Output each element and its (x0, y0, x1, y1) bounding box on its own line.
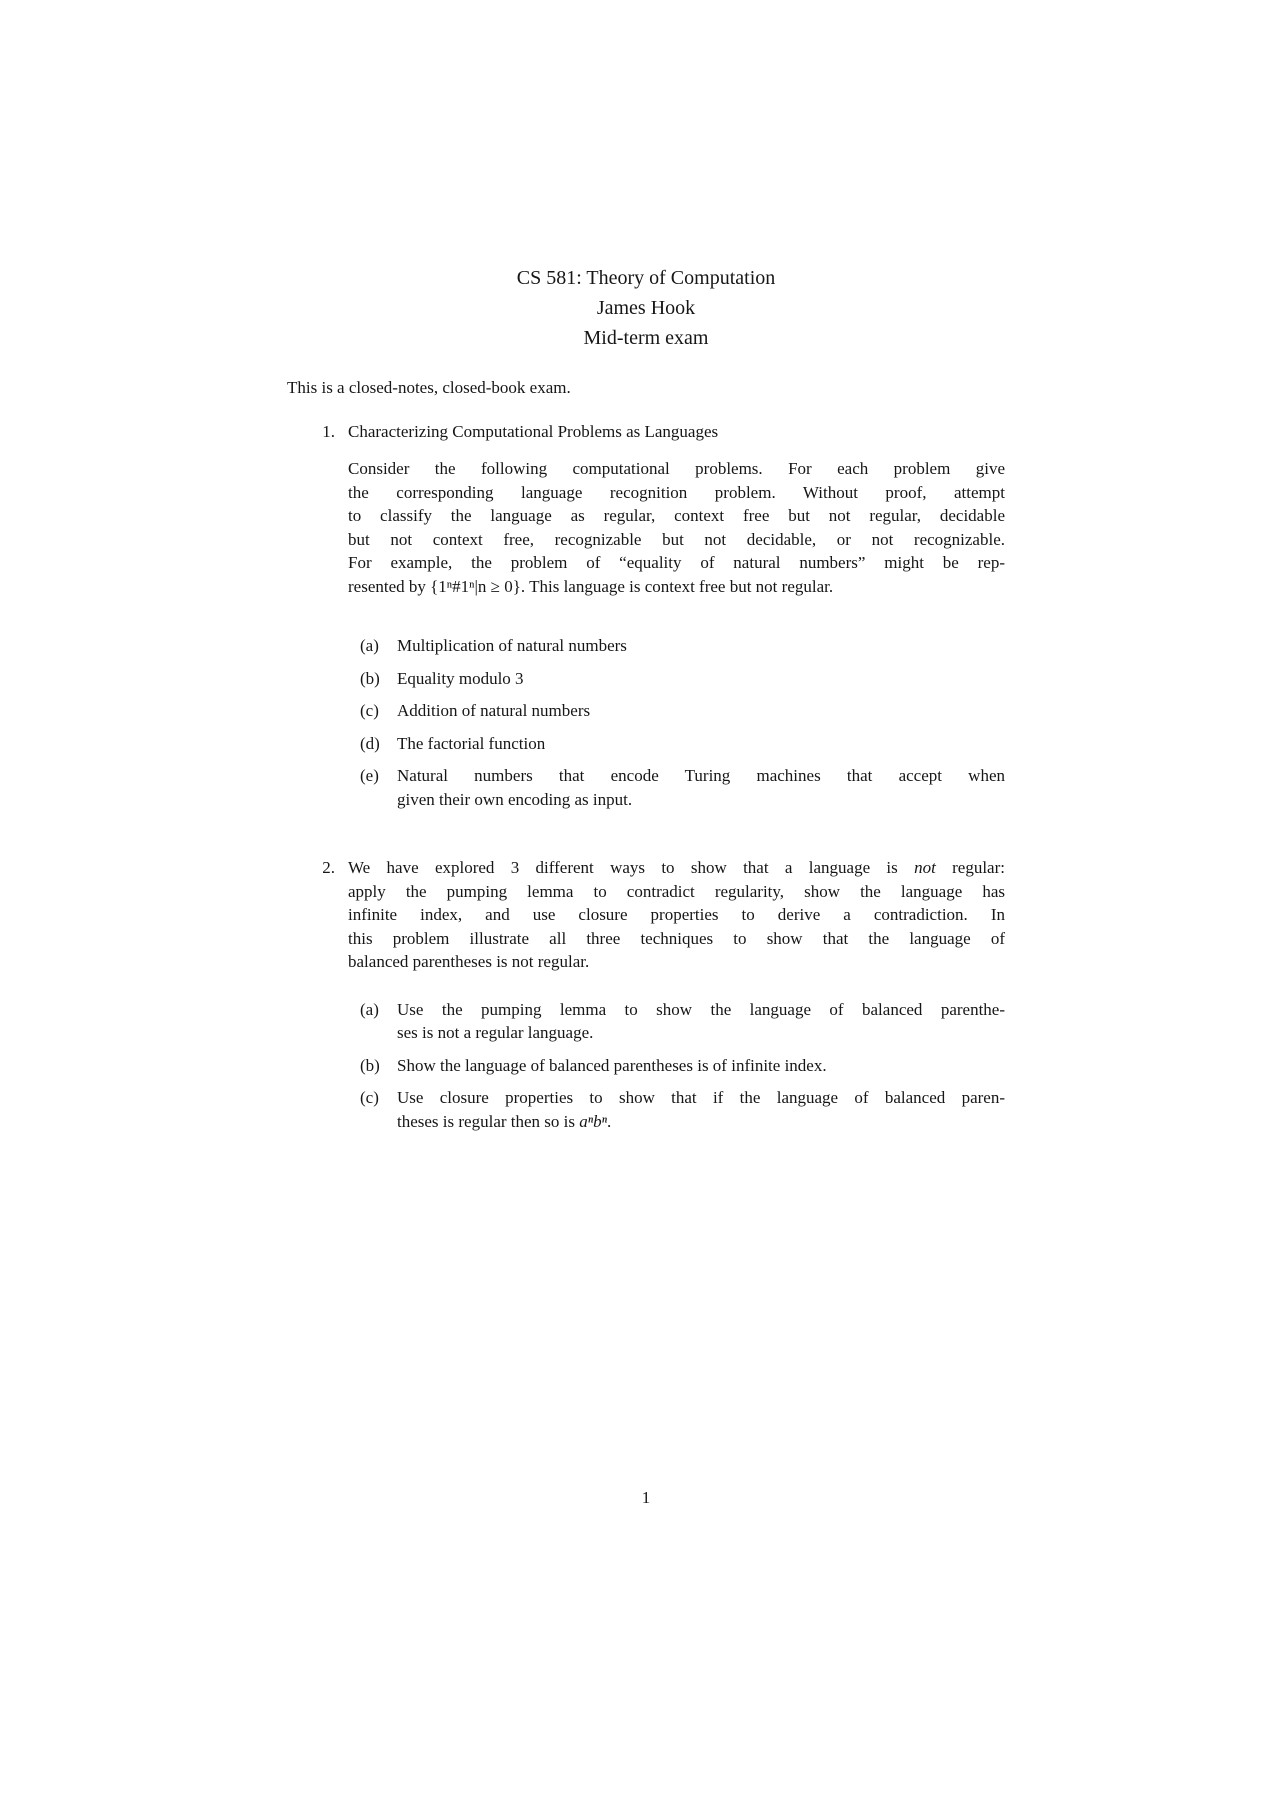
emphasized-word: not (914, 858, 936, 877)
problem-2-paragraph: We have explored 3 different ways to sho… (348, 856, 1005, 974)
subitem-text: Use the pumping lemma to show the langua… (397, 998, 1005, 1045)
text-line: The factorial function (397, 732, 1005, 756)
text-line: apply the pumping lemma to contradict re… (348, 880, 1005, 904)
text-line: Consider the following computational pro… (348, 457, 1005, 481)
text-line: the corresponding language recognition p… (348, 481, 1005, 505)
exam-page: CS 581: Theory of Computation James Hook… (287, 0, 1005, 1142)
subitem-2a: (a) Use the pumping lemma to show the la… (348, 998, 1005, 1045)
subitem-1d: (d) The factorial function (348, 732, 1005, 756)
problem-1-number: 1. (287, 420, 348, 444)
text-line: Natural numbers that encode Turing machi… (397, 764, 1005, 788)
course-title: CS 581: Theory of Computation (287, 263, 1005, 293)
text-line: this problem illustrate all three techni… (348, 927, 1005, 951)
document-title-block: CS 581: Theory of Computation James Hook… (287, 263, 1005, 353)
text-segment: . (607, 1112, 611, 1131)
problem-2: 2. We have explored 3 different ways to … (287, 856, 1005, 1142)
text-line: Equality modulo 3 (397, 667, 1005, 691)
subitem-label: (a) (360, 634, 387, 658)
problem-1-subitems: (a) Multiplication of natural numbers (b… (348, 634, 1005, 811)
text-line: Multiplication of natural numbers (397, 634, 1005, 658)
text-segment: regular: (936, 858, 1005, 877)
problem-1-paragraph: Consider the following computational pro… (348, 457, 1005, 598)
text-line-math: theses is regular then so is aⁿbⁿ. (397, 1110, 1005, 1134)
text-line: For example, the problem of “equality of… (348, 551, 1005, 575)
text-line: Use the pumping lemma to show the langua… (397, 998, 1005, 1022)
subitem-text: Show the language of balanced parenthese… (397, 1054, 1005, 1078)
math-expression: aⁿbⁿ (579, 1112, 607, 1131)
text-line: Show the language of balanced parenthese… (397, 1054, 1005, 1078)
text-line: given their own encoding as input. (397, 788, 1005, 812)
subitem-label: (b) (360, 1054, 387, 1078)
exam-instructions: This is a closed-notes, closed-book exam… (287, 376, 1005, 400)
subitem-2b: (b) Show the language of balanced parent… (348, 1054, 1005, 1078)
text-segment: We have explored 3 different ways to sho… (348, 858, 914, 877)
text-line-math: resented by {1ⁿ#1ⁿ|n ≥ 0}. This language… (348, 575, 1005, 599)
subitem-text: Multiplication of natural numbers (397, 634, 1005, 658)
subitem-label: (b) (360, 667, 387, 691)
problem-2-body: We have explored 3 different ways to sho… (348, 856, 1005, 1142)
text-line: balanced parentheses is not regular. (348, 950, 1005, 974)
text-line: ses is not a regular language. (397, 1021, 1005, 1045)
subitem-1e: (e) Natural numbers that encode Turing m… (348, 764, 1005, 811)
problem-1-body: Characterizing Computational Problems as… (348, 420, 1005, 821)
subitem-text: Natural numbers that encode Turing machi… (397, 764, 1005, 811)
subitem-1b: (b) Equality modulo 3 (348, 667, 1005, 691)
subitem-text: The factorial function (397, 732, 1005, 756)
text-line: Use closure properties to show that if t… (397, 1086, 1005, 1110)
subitem-label: (a) (360, 998, 387, 1022)
text-line: Addition of natural numbers (397, 699, 1005, 723)
subitem-label: (d) (360, 732, 387, 756)
subitem-1a: (a) Multiplication of natural numbers (348, 634, 1005, 658)
subitem-label: (c) (360, 1086, 387, 1110)
text-segment: theses is regular then so is (397, 1112, 579, 1131)
author-name: James Hook (287, 293, 1005, 323)
problem-1-heading: Characterizing Computational Problems as… (348, 420, 1005, 444)
subitem-2c: (c) Use closure properties to show that … (348, 1086, 1005, 1133)
text-line: but not context free, recognizable but n… (348, 528, 1005, 552)
subitem-text: Use closure properties to show that if t… (397, 1086, 1005, 1133)
subitem-label: (c) (360, 699, 387, 723)
subitem-text: Equality modulo 3 (397, 667, 1005, 691)
exam-title: Mid-term exam (287, 323, 1005, 353)
text-line: We have explored 3 different ways to sho… (348, 856, 1005, 880)
page-number: 1 (287, 1488, 1005, 1508)
problem-2-subitems: (a) Use the pumping lemma to show the la… (348, 998, 1005, 1134)
problem-2-number: 2. (287, 856, 348, 880)
text-line: infinite index, and use closure properti… (348, 903, 1005, 927)
subitem-text: Addition of natural numbers (397, 699, 1005, 723)
subitem-label: (e) (360, 764, 387, 788)
problem-1: 1. Characterizing Computational Problems… (287, 420, 1005, 821)
subitem-1c: (c) Addition of natural numbers (348, 699, 1005, 723)
text-line: to classify the language as regular, con… (348, 504, 1005, 528)
